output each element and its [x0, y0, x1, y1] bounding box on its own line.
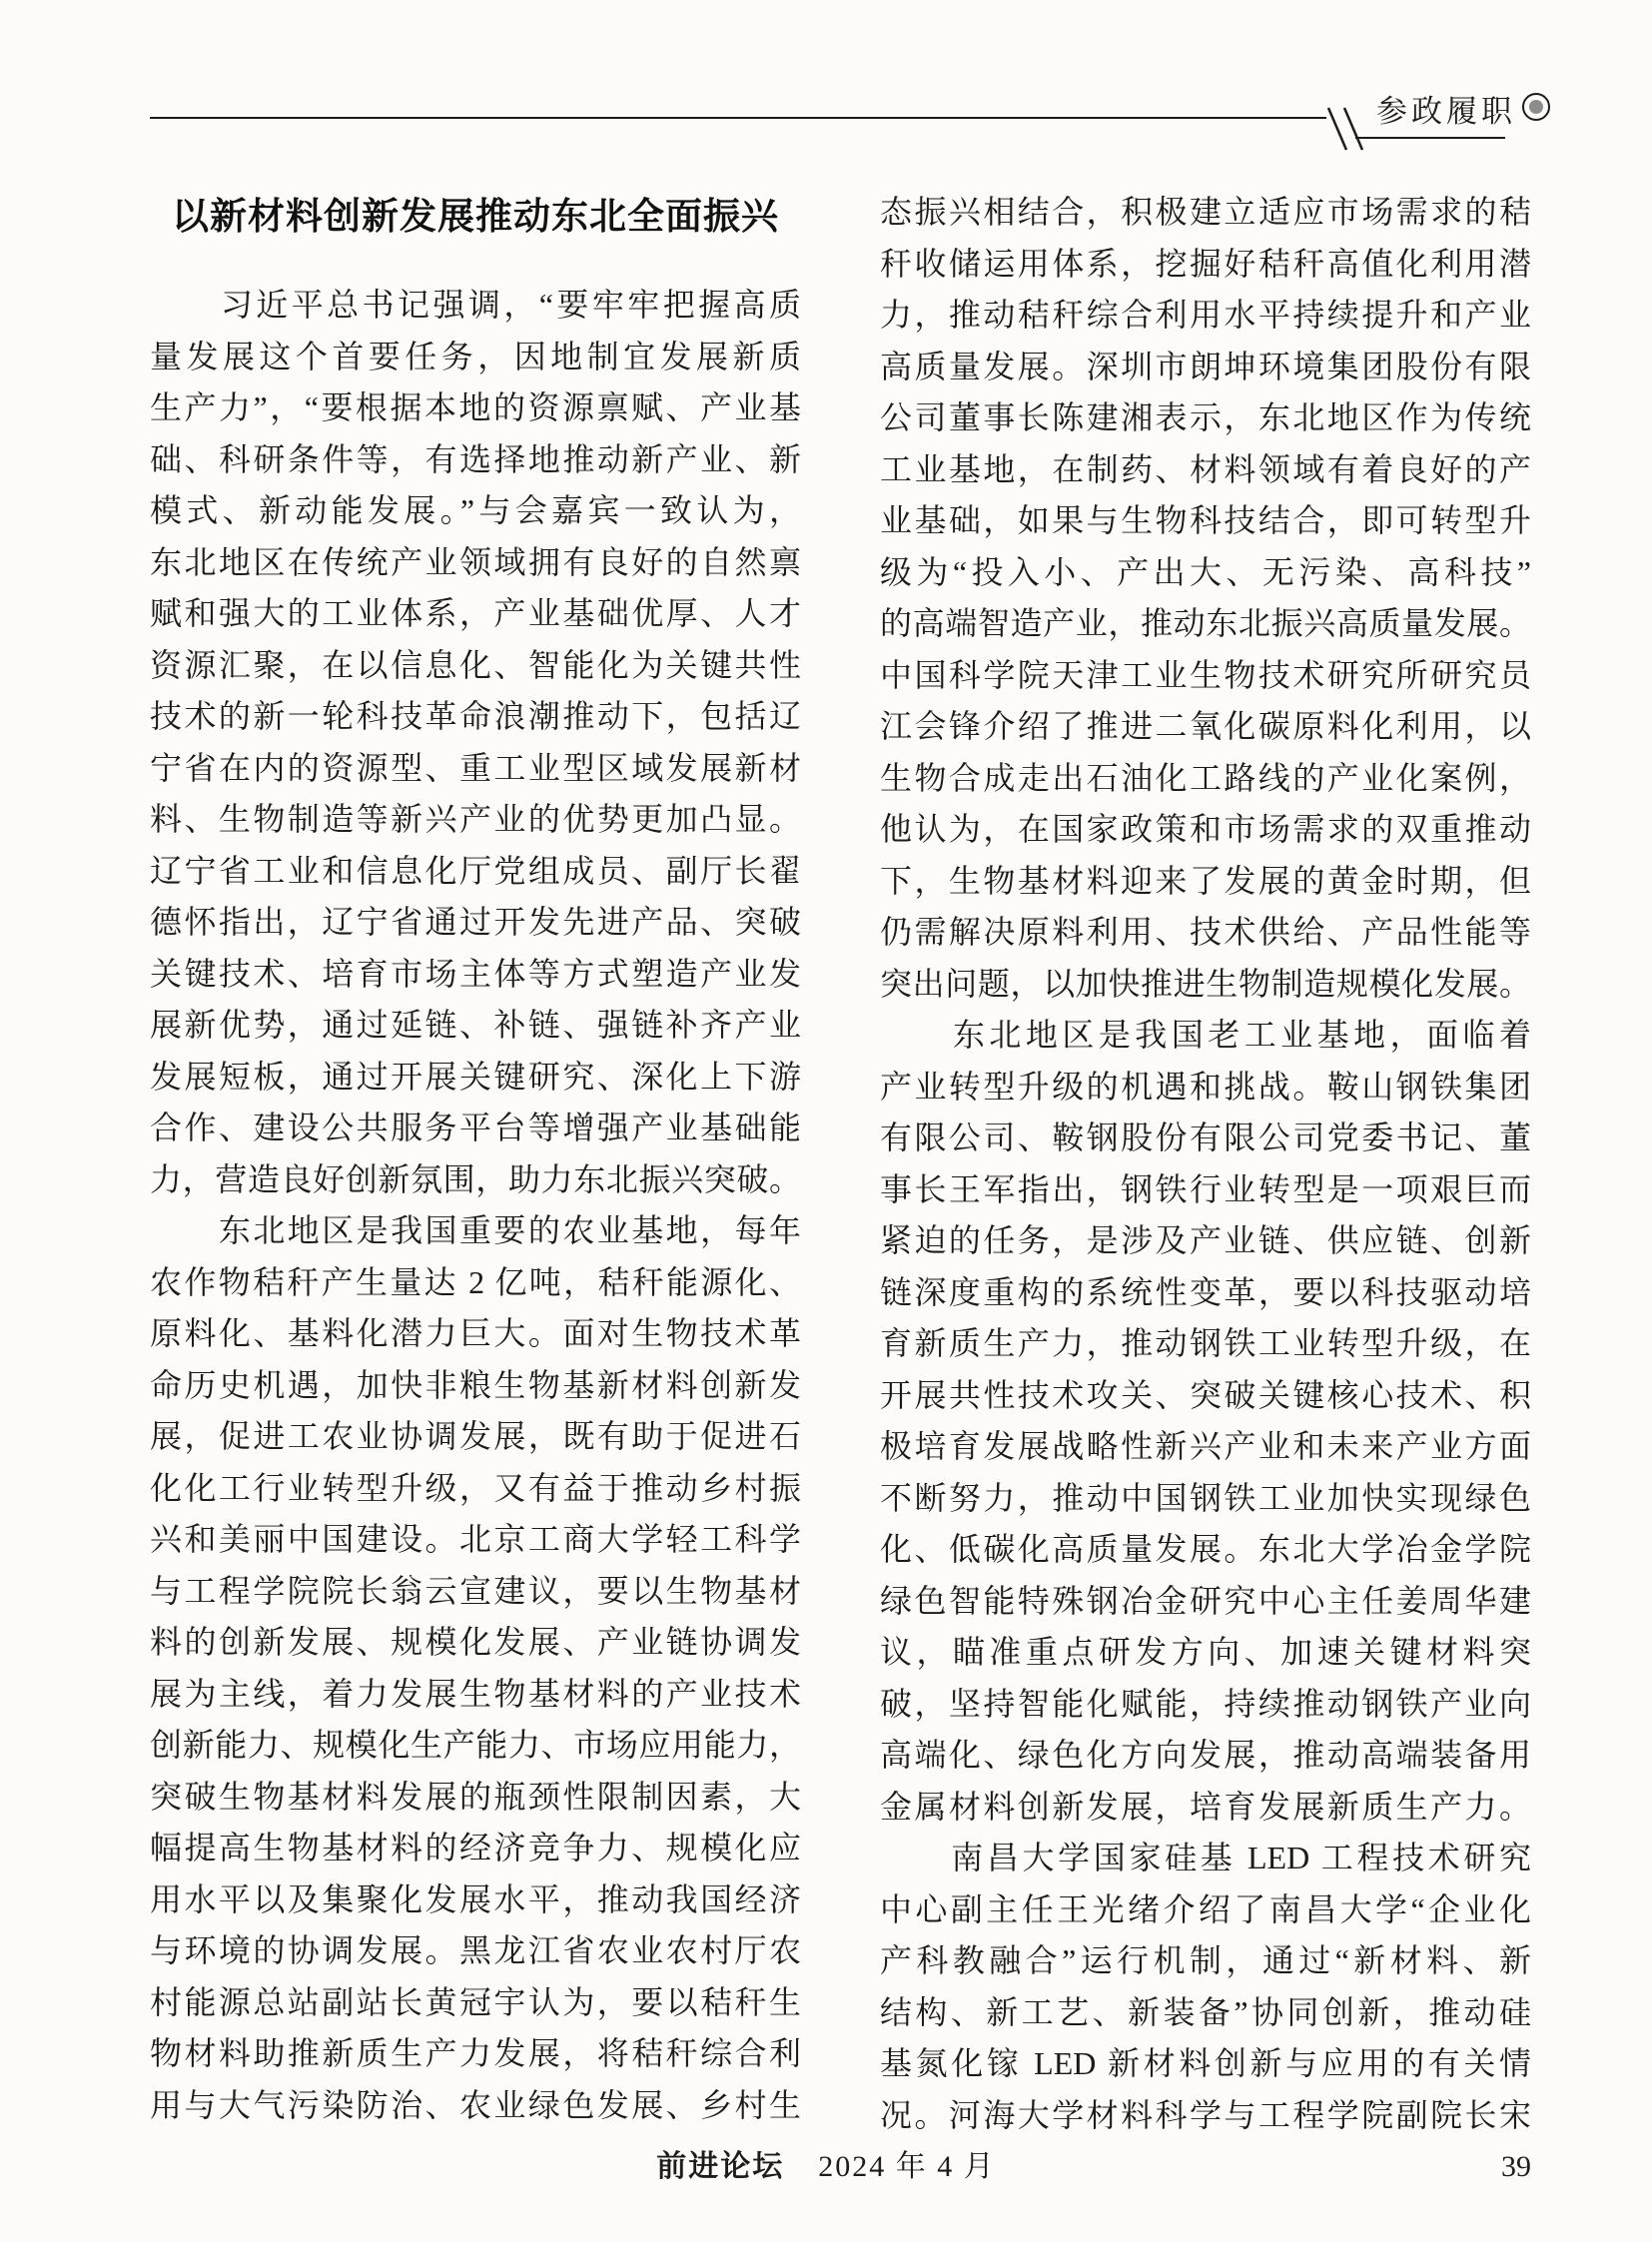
text-line: 育新质生产力，推动钢铁工业转型升级，在 — [880, 1318, 1531, 1370]
text-line: 用与大气污染防治、农业绿色发展、乡村生 — [150, 2080, 801, 2132]
text-line: 东北地区是我国重要的农业基地，每年 — [150, 1205, 801, 1257]
text-line: 命历史机遇，加快非粮生物基新材料创新发 — [150, 1360, 801, 1412]
text-line: 下，生物基材料迎来了发展的黄金时期，但 — [880, 856, 1531, 908]
text-line: 突出问题，以加快推进生物制造规模化发展。 — [880, 959, 1531, 1011]
text-line: 工业基地，在制药、材料领域有着良好的产 — [880, 444, 1531, 496]
text-line: 幅提高生物基材料的经济竞争力、规模化应 — [150, 1823, 801, 1874]
text-line: 极培育发展战略性新兴产业和未来产业方面 — [880, 1421, 1531, 1473]
text-line: 力，营造良好创新氛围，助力东北振兴突破。 — [150, 1154, 801, 1206]
text-line: 赋和强大的工业体系，产业基础优厚、人才 — [150, 588, 801, 640]
text-line: 村能源总站副站长黄冠宇认为，要以秸秆生 — [150, 1977, 801, 2029]
text-line: 仍需解决原料利用、技术供给、产品性能等 — [880, 907, 1531, 959]
text-line: 化化工行业转型升级，又有益于推动乡村振 — [150, 1463, 801, 1515]
text-line: 模式、新动能发展。”与会嘉宾一致认为， — [150, 485, 801, 537]
text-line: 兴和美丽中国建设。北京工商大学轻工科学 — [150, 1514, 801, 1566]
text-line: 南昌大学国家硅基 LED 工程技术研究 — [880, 1833, 1531, 1884]
text-line: 量发展这个首要任务，因地制宜发展新质 — [150, 332, 801, 383]
journal-name: 前进论坛 — [656, 2150, 784, 2183]
header-rule-segment — [1355, 137, 1505, 139]
text-line: 础、科研条件等，有选择地推动新产业、新 — [150, 434, 801, 486]
text-line: 业基础，如果与生物科技结合，即可转型升 — [880, 495, 1531, 547]
text-line: 展为主线，着力发展生物基材料的产业技术 — [150, 1669, 801, 1721]
page-number: 39 — [1501, 2147, 1531, 2187]
text-line: 他认为，在国家政策和市场需求的双重推动 — [880, 804, 1531, 856]
text-line: 不断努力，推动中国钢铁工业加快实现绿色 — [880, 1473, 1531, 1525]
text-line: 辽宁省工业和信息化厅党组成员、副厅长翟 — [150, 846, 801, 898]
text-line: 级为“投入小、产出大、无污染、高科技” — [880, 547, 1531, 599]
text-line: 化、低碳化高质量发展。东北大学冶金学院 — [880, 1524, 1531, 1576]
text-line: 展，促进工农业协调发展，既有助于促进石 — [150, 1411, 801, 1463]
text-line: 宁省在内的资源型、重工业型区域发展新材 — [150, 743, 801, 795]
article-title: 以新材料创新发展推动东北全面振兴 — [150, 186, 801, 240]
text-line: 与环境的协调发展。黑龙江省农业农村厅农 — [150, 1925, 801, 1977]
text-line: 中国科学院天津工业生物技术研究所研究员 — [880, 650, 1531, 702]
text-line: 高端化、绿色化方向发展，推动高端装备用 — [880, 1730, 1531, 1782]
text-line: 链深度重构的系统性变革，要以科技驱动培 — [880, 1267, 1531, 1319]
text-line: 技术的新一轮科技革命浪潮推动下，包括辽 — [150, 691, 801, 743]
section-label: 参政履职 — [1376, 86, 1516, 131]
text-line: 原料化、基料化潜力巨大。面对生物技术革 — [150, 1308, 801, 1360]
bullseye-icon — [1522, 93, 1550, 121]
text-line: 况。河海大学材料科学与工程学院副院长宋 — [880, 2090, 1531, 2142]
right-column: 态振兴相结合，积极建立适应市场需求的秸秆收储运用体系，挖掘好秸秆高值化利用潜力，… — [880, 187, 1531, 2141]
left-column: 习近平总书记强调，“要牢牢把握高质量发展这个首要任务，因地制宜发展新质生产力”，… — [150, 280, 801, 2131]
text-line: 资源汇聚，在以信息化、智能化为关键共性 — [150, 640, 801, 692]
text-line: 破，坚持智能化赋能，持续推动钢铁产业向 — [880, 1679, 1531, 1731]
text-line: 事长王军指出，钢铁行业转型是一项艰巨而 — [880, 1164, 1531, 1216]
header-rule — [150, 117, 1326, 119]
text-line: 结构、新工艺、新装备”协同创新，推动硅 — [880, 1987, 1531, 2039]
text-line: 秆收储运用体系，挖掘好秸秆高值化利用潜 — [880, 239, 1531, 291]
text-line: 开展共性技术攻关、突破关键核心技术、积 — [880, 1370, 1531, 1422]
text-line: 产业转型升级的机遇和挑战。鞍山钢铁集团 — [880, 1062, 1531, 1114]
text-line: 高质量发展。深圳市朗坤环境集团股份有限 — [880, 342, 1531, 393]
text-line: 展新优势，通过延链、补链、强链补齐产业 — [150, 1000, 801, 1052]
text-line: 有限公司、鞍钢股份有限公司党委书记、董 — [880, 1113, 1531, 1164]
text-line: 料、生物制造等新兴产业的优势更加凸显。 — [150, 794, 801, 846]
magazine-page: 参政履职 以新材料创新发展推动东北全面振兴 习近平总书记强调，“要牢牢把握高质量… — [0, 0, 1652, 2242]
text-line: 农作物秸秆产生量达 2 亿吨，秸秆能源化、 — [150, 1257, 801, 1309]
text-line: 创新能力、规模化生产能力、市场应用能力， — [150, 1720, 801, 1772]
issue-date: 2024 年 4 月 — [818, 2150, 996, 2183]
bullseye-dot — [1529, 100, 1543, 114]
text-line: 态振兴相结合，积极建立适应市场需求的秸 — [880, 187, 1531, 239]
text-line: 德怀指出，辽宁省通过开发先进产品、突破 — [150, 897, 801, 949]
text-line: 的高端智造产业，推动东北振兴高质量发展。 — [880, 598, 1531, 650]
text-line: 用水平以及集聚化发展水平，推动我国经济 — [150, 1874, 801, 1926]
text-line: 突破生物基材料发展的瓶颈性限制因素，大 — [150, 1772, 801, 1824]
text-line: 料的创新发展、规模化发展、产业链协调发 — [150, 1617, 801, 1669]
text-line: 公司董事长陈建湘表示，东北地区作为传统 — [880, 392, 1531, 444]
footer: 前进论坛2024 年 4 月 — [0, 2147, 1652, 2187]
text-line: 生产力”，“要根据本地的资源禀赋、产业基 — [150, 382, 801, 434]
text-line: 发展短板，通过开展关键研究、深化上下游 — [150, 1052, 801, 1104]
text-line: 产科教融合”运行机制，通过“新材料、新 — [880, 1935, 1531, 1987]
text-line: 基氮化镓 LED 新材料创新与应用的有关情 — [880, 2038, 1531, 2090]
text-line: 江会锋介绍了推进二氧化碳原料化利用，以 — [880, 701, 1531, 753]
text-line: 东北地区在传统产业领域拥有良好的自然禀 — [150, 537, 801, 589]
text-line: 关键技术、培育市场主体等方式塑造产业发 — [150, 949, 801, 1001]
header-rule-break-icon — [1322, 104, 1368, 154]
text-line: 中心副主任王光绪介绍了南昌大学“企业化 — [880, 1884, 1531, 1936]
text-line: 习近平总书记强调，“要牢牢把握高质 — [150, 280, 801, 332]
text-line: 与工程学院院长翁云宣建议，要以生物基材 — [150, 1566, 801, 1618]
text-line: 金属材料创新发展，培育发展新质生产力。 — [880, 1782, 1531, 1834]
text-line: 合作、建设公共服务平台等增强产业基础能 — [150, 1103, 801, 1154]
text-line: 生物合成走出石油化工路线的产业化案例， — [880, 753, 1531, 805]
text-line: 东北地区是我国老工业基地，面临着 — [880, 1010, 1531, 1062]
text-line: 绿色智能特殊钢冶金研究中心主任姜周华建 — [880, 1576, 1531, 1628]
text-line: 紧迫的任务，是涉及产业链、供应链、创新 — [880, 1215, 1531, 1267]
text-line: 力，推动秸秆综合利用水平持续提升和产业 — [880, 290, 1531, 342]
text-line: 物材料助推新质生产力发展，将秸秆综合利 — [150, 2028, 801, 2080]
text-line: 议，瞄准重点研发方向、加速关键材料突 — [880, 1627, 1531, 1679]
